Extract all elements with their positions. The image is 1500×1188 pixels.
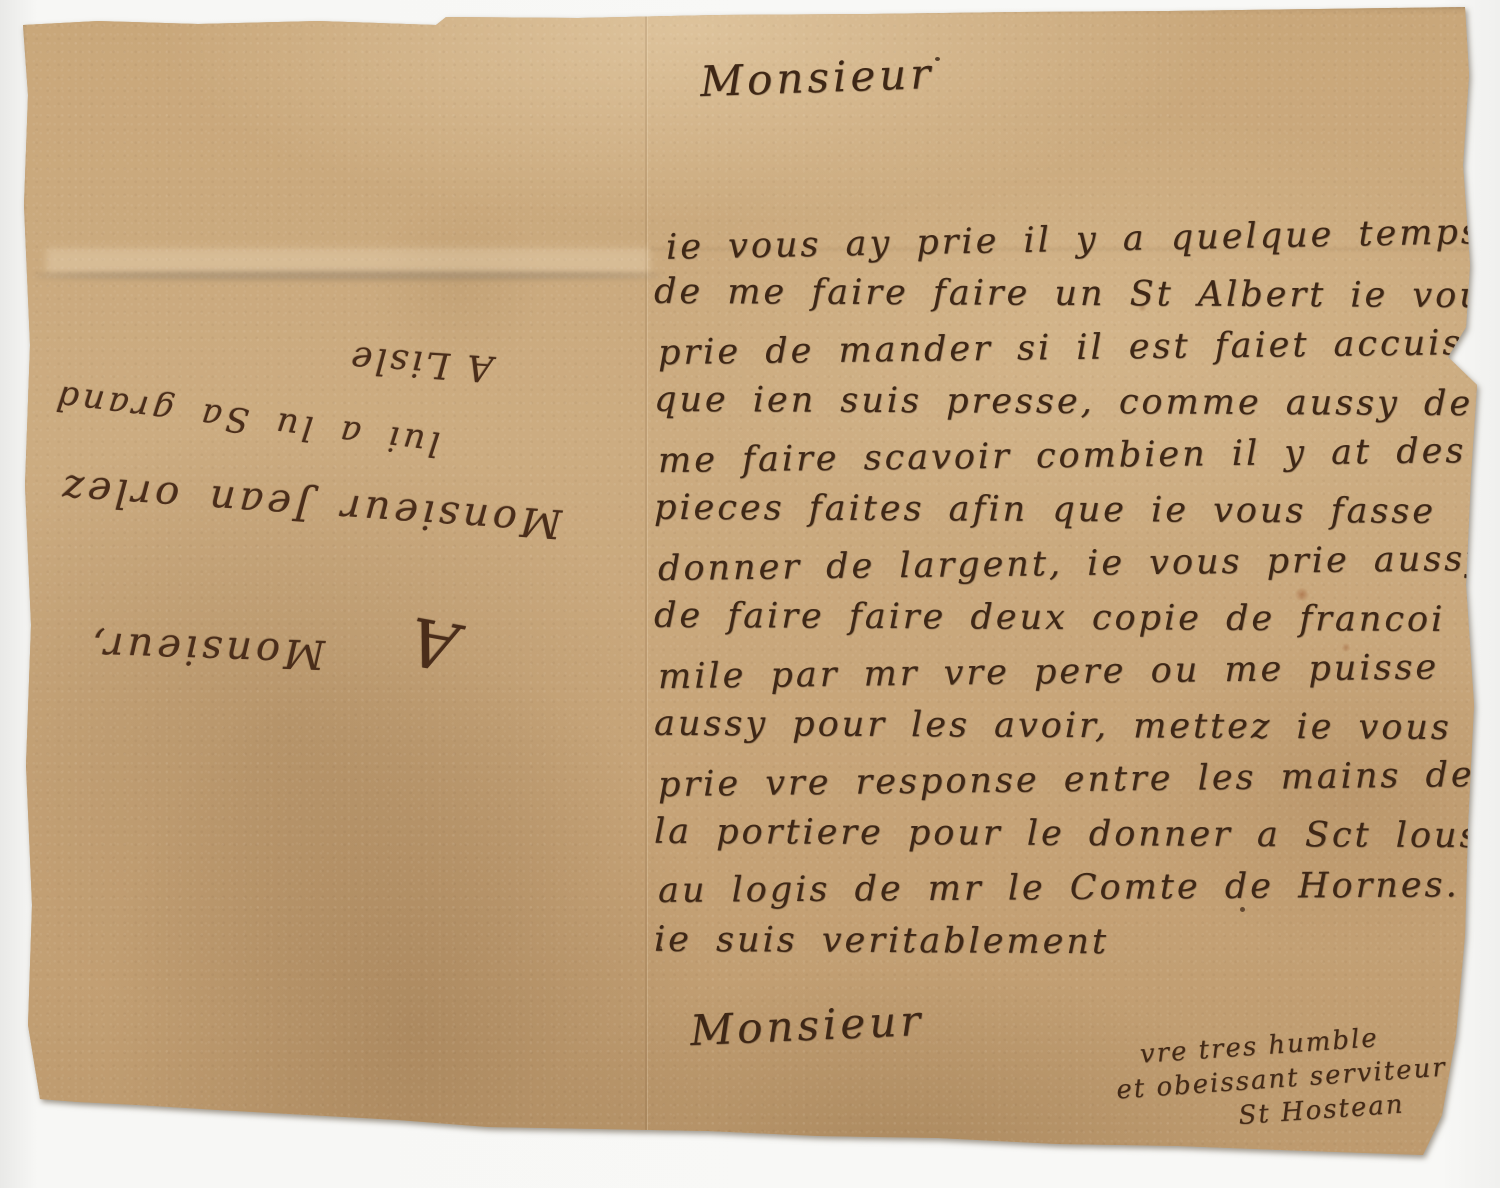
body-line: me faire scavoir combien il y at des [658,424,1482,488]
body-line: ie suis veritablement [654,913,1482,971]
body-line: aussy pour les avoir, mettez ie vous [654,697,1482,755]
letter-body: ie vous ay prie il y a quelque temps de … [658,213,1482,969]
paper-sheet-wrapper: Monsieur ie vous ay prie il y a quelque … [18,5,1482,1167]
body-line: que ien suis presse, comme aussy de [654,373,1482,431]
letter-salutation: Monsieur [699,49,935,106]
body-line: de faire faire deux copie de francoi [654,589,1482,647]
fold-crease-horizontal-smudge [34,271,662,280]
body-line: de me faire faire un St Albert ie vous [654,265,1482,323]
body-line: mile par mr vre pere ou me puisse [658,640,1482,704]
address-line: Monsieur, [87,623,325,677]
body-line: ie vous ay prie il y a quelque temps [666,205,1482,275]
ink-speck [935,57,940,61]
body-line: donner de largent, ie vous prie aussy [658,532,1482,596]
body-line: pieces faites afin que ie vous fasse [654,481,1482,539]
fold-crease-vertical-highlight [647,5,648,1167]
body-line: prie de mander si il est faiet accuise [658,316,1482,380]
body-line: prie vre response entre les mains de [658,748,1482,812]
letter-closing: Monsieur [689,996,925,1055]
body-line: au logis de mr le Comte de Hornes. [658,858,1482,918]
body-line: la portiere pour le donner a Sct louse [654,805,1482,863]
paper-sheet: Monsieur ie vous ay prie il y a quelque … [18,5,1482,1167]
